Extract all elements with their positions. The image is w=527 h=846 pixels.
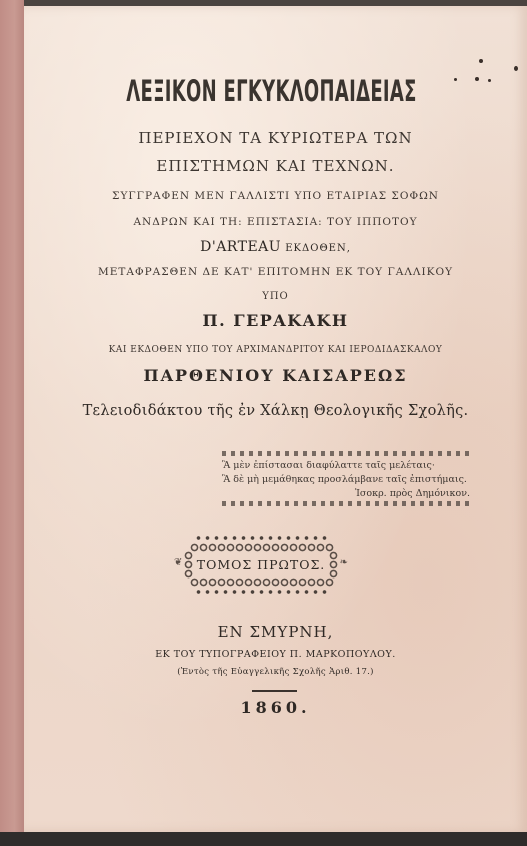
ornament-dots-bottom (194, 589, 330, 595)
subtitle-line-1: ΠΕΡΙΕΧΟΝ ΤΑ ΚΥΡΙΩΤΕΡΑ ΤΩΝ (24, 129, 527, 147)
authorship-line-1: ΣΥΓΓΡΑΦΕΝ ΜΕΝ ΓΑΛΛΙΣΤΙ ΥΠΟ ΕΤΑΙΡΙΑΣ ΣΟΦΩ… (24, 190, 527, 202)
book-spine (0, 0, 24, 834)
epigraph: Ἃ μὲν ἐπίστασαι διαφύλαττε ταῖς μελέταις… (222, 451, 472, 509)
publisher-affiliation: Τελειοδιδάκτου τῆς ἐν Χάλκῃ Θεολογικῆς Σ… (24, 403, 527, 419)
imprint-city: ΕΝ ΣΜΥΡΝΗ, (24, 623, 527, 641)
epigraph-top-rule (222, 451, 472, 456)
publisher-person: ΠΑΡΘΕΝΙΟΥ ΚΑΙΣΑΡΕΩΣ (24, 366, 527, 385)
imprint-printer: ΕΚ ΤΟΥ ΤΥΠΟΓΡΑΦΕΙΟΥ Π. ΜΑΡΚΟΠΟΥΛΟΥ. (24, 649, 527, 660)
translation-line: ΜΕΤΑΦΡΑΣΘΕΝ ΔΕ ΚΑΤ' ΕΠΙΤΟΜΗΝ ΕΚ ΤΟΥ ΓΑΛΛ… (24, 266, 527, 278)
translator-name: Π. ΓΕΡΑΚΑΚΗ (24, 311, 527, 330)
epigraph-attribution: Ἰσοκρ. πρὸς Δημόνικον. (222, 487, 472, 501)
epigraph-line-2: Ἃ δὲ μὴ μεμάθηκας προσλάμβανε ταῖς ἐπιστ… (222, 473, 472, 487)
by-label: ΥΠΟ (24, 291, 527, 302)
epigraph-bottom-rule (222, 501, 472, 506)
imprint-divider (252, 690, 297, 692)
volume-ornament-frame: ❦ ❧ ΤΟΜΟΣ ΠΡΩΤΟΣ. (176, 535, 346, 595)
editor-line: D'ARTEAU ΕΚΔΟΘΕΝ, (24, 239, 527, 255)
subtitle-line-2: ΕΠΙΣΤΗΜΩΝ ΚΑΙ ΤΕΧΝΩΝ. (24, 157, 527, 175)
publication-line: ΚΑΙ ΕΚΔΟΘΕΝ ΥΠΟ ΤΟΥ ΑΡΧΙΜΑΝΔΡΙΤΟΥ ΚΑΙ ΙΕ… (24, 345, 527, 355)
imprint-address: (Ἐντὸς τῆς Εὐαγγελικῆς Σχολῆς Ἀριθ. 17.) (24, 667, 527, 677)
editor-suffix: ΕΚΔΟΘΕΝ, (281, 243, 351, 254)
ornament-dots-top (194, 535, 330, 541)
epigraph-line-1: Ἃ μὲν ἐπίστασαι διαφύλαττε ταῖς μελέταις… (222, 459, 472, 473)
title-page: ΛΕΞΙΚΟΝ ΕΓΚΥΚΛΟΠΑΙΔΕΙΑΣ ΠΕΡΙΕΧΟΝ ΤΑ ΚΥΡΙ… (24, 6, 527, 832)
imprint-year: 1860. (24, 698, 527, 717)
ornament-rings-bottom (190, 578, 334, 587)
authorship-line-2: ΑΝΔΡΩΝ ΚΑΙ ΤΗ: ΕΠΙΣΤΑΣΙΑ: ΤΟΥ ΙΠΠΟΤΟΥ (24, 216, 527, 228)
ornament-rings-top (190, 543, 334, 552)
editor-name: D'ARTEAU (200, 239, 281, 255)
volume-label: ΤΟΜΟΣ ΠΡΩΤΟΣ. (176, 557, 346, 572)
scan-bottom-edge (0, 832, 527, 846)
book-title: ΛΕΞΙΚΟΝ ΕΓΚΥΚΛΟΠΑΙΔΕΙΑΣ (116, 74, 428, 108)
